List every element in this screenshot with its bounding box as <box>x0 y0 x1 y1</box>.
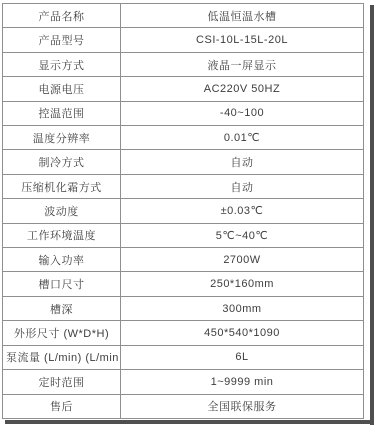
spec-label: 产品名称 <box>3 4 121 28</box>
spec-value: 0.01℃ <box>121 126 364 150</box>
spec-label: 制冷方式 <box>3 150 121 174</box>
spec-row: 产品型号CSI-10L-15L-20L <box>3 28 364 52</box>
spec-value: 6L <box>121 345 364 369</box>
spec-row: 外形尺寸 (W*D*H)450*540*1090 <box>3 321 364 345</box>
spec-label: 显示方式 <box>3 52 121 76</box>
spec-row: 输入功率2700W <box>3 248 364 272</box>
spec-row: 制冷方式自动 <box>3 150 364 174</box>
spec-row: 泵流量 (L/min) (L/min6L <box>3 345 364 369</box>
spec-label: 控温范围 <box>3 101 121 125</box>
spec-row: 定时范围1~9999 min <box>3 370 364 394</box>
spec-value: 300mm <box>121 296 364 320</box>
product-spec-table: 产品名称低温恒温水槽产品型号CSI-10L-15L-20L显示方式液晶一屏显示电… <box>2 3 364 419</box>
spec-row: 显示方式液晶一屏显示 <box>3 52 364 76</box>
right-edge-shadow <box>370 5 374 425</box>
spec-label: 波动度 <box>3 199 121 223</box>
spec-label: 工作环境温度 <box>3 223 121 247</box>
spec-value: -40~100 <box>121 101 364 125</box>
spec-value: 250*160mm <box>121 272 364 296</box>
spec-table-body: 产品名称低温恒温水槽产品型号CSI-10L-15L-20L显示方式液晶一屏显示电… <box>3 4 364 419</box>
spec-value: ±0.03℃ <box>121 199 364 223</box>
spec-row: 压缩机化霜方式自动 <box>3 174 364 198</box>
spec-label: 输入功率 <box>3 248 121 272</box>
spec-label: 泵流量 (L/min) (L/min <box>3 345 121 369</box>
spec-row: 产品名称低温恒温水槽 <box>3 4 364 28</box>
spec-value: 自动 <box>121 150 364 174</box>
spec-label: 售后 <box>3 394 121 419</box>
spec-value: 1~9999 min <box>121 370 364 394</box>
spec-label: 温度分辨率 <box>3 126 121 150</box>
spec-value: 自动 <box>121 174 364 198</box>
spec-value: CSI-10L-15L-20L <box>121 28 364 52</box>
spec-row: 工作环境温度5℃~40℃ <box>3 223 364 247</box>
spec-value: AC220V 50HZ <box>121 77 364 101</box>
spec-row: 槽深300mm <box>3 296 364 320</box>
spec-label: 槽口尺寸 <box>3 272 121 296</box>
spec-label: 定时范围 <box>3 370 121 394</box>
spec-label: 压缩机化霜方式 <box>3 174 121 198</box>
spec-value: 低温恒温水槽 <box>121 4 364 28</box>
spec-sheet-page: 产品名称低温恒温水槽产品型号CSI-10L-15L-20L显示方式液晶一屏显示电… <box>0 0 374 425</box>
spec-value: 液晶一屏显示 <box>121 52 364 76</box>
spec-label: 外形尺寸 (W*D*H) <box>3 321 121 345</box>
spec-row: 电源电压AC220V 50HZ <box>3 77 364 101</box>
bottom-edge-shadow <box>5 420 374 424</box>
spec-value: 5℃~40℃ <box>121 223 364 247</box>
spec-value: 全国联保服务 <box>121 394 364 419</box>
spec-value: 2700W <box>121 248 364 272</box>
spec-row: 控温范围-40~100 <box>3 101 364 125</box>
spec-label: 槽深 <box>3 296 121 320</box>
spec-value: 450*540*1090 <box>121 321 364 345</box>
spec-label: 电源电压 <box>3 77 121 101</box>
spec-row: 售后全国联保服务 <box>3 394 364 419</box>
spec-row: 波动度±0.03℃ <box>3 199 364 223</box>
spec-label: 产品型号 <box>3 28 121 52</box>
spec-row: 槽口尺寸250*160mm <box>3 272 364 296</box>
spec-row: 温度分辨率0.01℃ <box>3 126 364 150</box>
